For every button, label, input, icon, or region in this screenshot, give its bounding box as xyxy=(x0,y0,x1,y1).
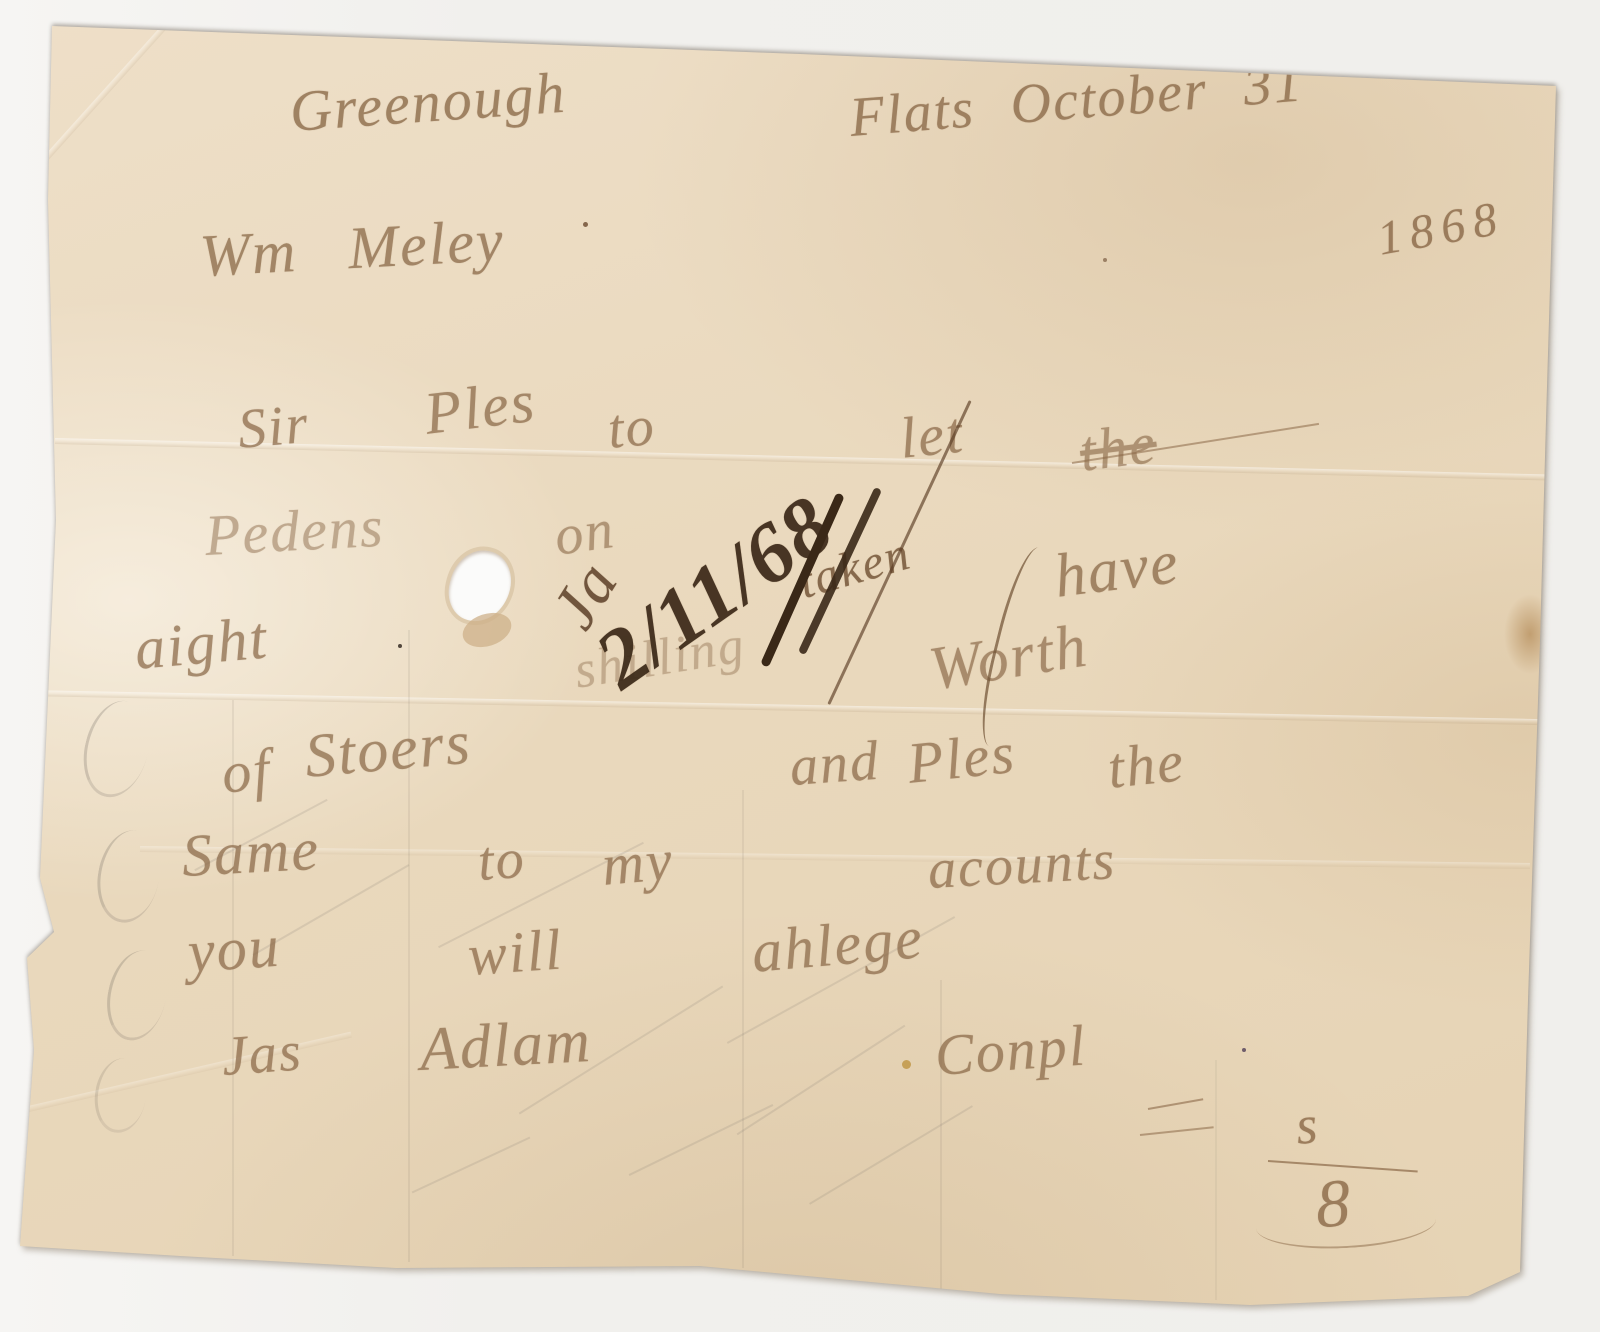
pencil-margin-mark xyxy=(90,1055,151,1136)
paper-shadow-wrap: Greenough Flats October 31 1868 Wm Meley… xyxy=(0,0,1600,1332)
pencil-smudge xyxy=(737,1025,906,1136)
signature-underline-1 xyxy=(1148,1098,1203,1110)
word-same: Same xyxy=(180,815,321,891)
word-sir: Sir xyxy=(235,392,312,462)
word-my: my xyxy=(599,826,676,899)
word-acounts: acounts xyxy=(926,828,1117,902)
ink-spot xyxy=(398,644,402,648)
word-the-2: the xyxy=(1104,727,1187,802)
signature-rank: Conpl xyxy=(933,1011,1089,1088)
word-place: Greenough xyxy=(288,59,569,145)
word-year: 1868 xyxy=(1373,190,1509,266)
word-to-1: to xyxy=(605,394,658,462)
word-aight: aight xyxy=(132,604,271,684)
showthrough-column-line xyxy=(742,790,744,1268)
word-let: let xyxy=(896,398,967,471)
word-stoers: Stoers xyxy=(302,708,475,793)
word-ahlege: ahlege xyxy=(749,903,926,987)
fold-crease-horizontal-2 xyxy=(25,690,1540,725)
scanner-background: Greenough Flats October 31 1868 Wm Meley… xyxy=(0,0,1600,1332)
pencil-smudge xyxy=(809,1105,973,1205)
word-pedens: Pedens xyxy=(203,493,386,569)
pencil-smudge xyxy=(412,1137,531,1194)
word-of: of xyxy=(218,735,274,807)
word-ples-1: Ples xyxy=(421,367,540,449)
letter-paper: Greenough Flats October 31 1868 Wm Meley… xyxy=(0,0,1600,1332)
word-addressee: Wm Meley xyxy=(198,206,506,291)
ink-spot xyxy=(1242,1048,1246,1052)
word-dateline: Flats October 31 xyxy=(847,50,1305,149)
pencil-margin-mark xyxy=(90,825,166,927)
word-you: you xyxy=(186,912,283,987)
word-will: will xyxy=(466,915,565,988)
word-have: have xyxy=(1051,527,1184,613)
pencil-margin-mark xyxy=(74,694,159,804)
pencil-smudge xyxy=(629,1104,774,1176)
docket-underline-curve xyxy=(1255,1195,1437,1252)
stain-spot-yellow xyxy=(902,1060,911,1069)
ink-spot xyxy=(1103,258,1107,262)
signature-first-name: Jas xyxy=(220,1019,305,1088)
word-to-2: to xyxy=(476,827,528,894)
ink-spot xyxy=(583,222,588,227)
word-and: and xyxy=(788,729,882,799)
pencil-margin-mark xyxy=(99,945,175,1046)
signature-underline-2 xyxy=(1140,1126,1214,1136)
showthrough-column-line xyxy=(1215,1060,1217,1300)
signature-last-name: Adlam xyxy=(418,1006,593,1086)
fold-crease-horizontal-3 xyxy=(140,846,1530,869)
docket-numerator: s xyxy=(1293,1093,1321,1157)
word-the-struck: the xyxy=(1076,409,1160,485)
stain-right-edge xyxy=(1504,594,1556,674)
